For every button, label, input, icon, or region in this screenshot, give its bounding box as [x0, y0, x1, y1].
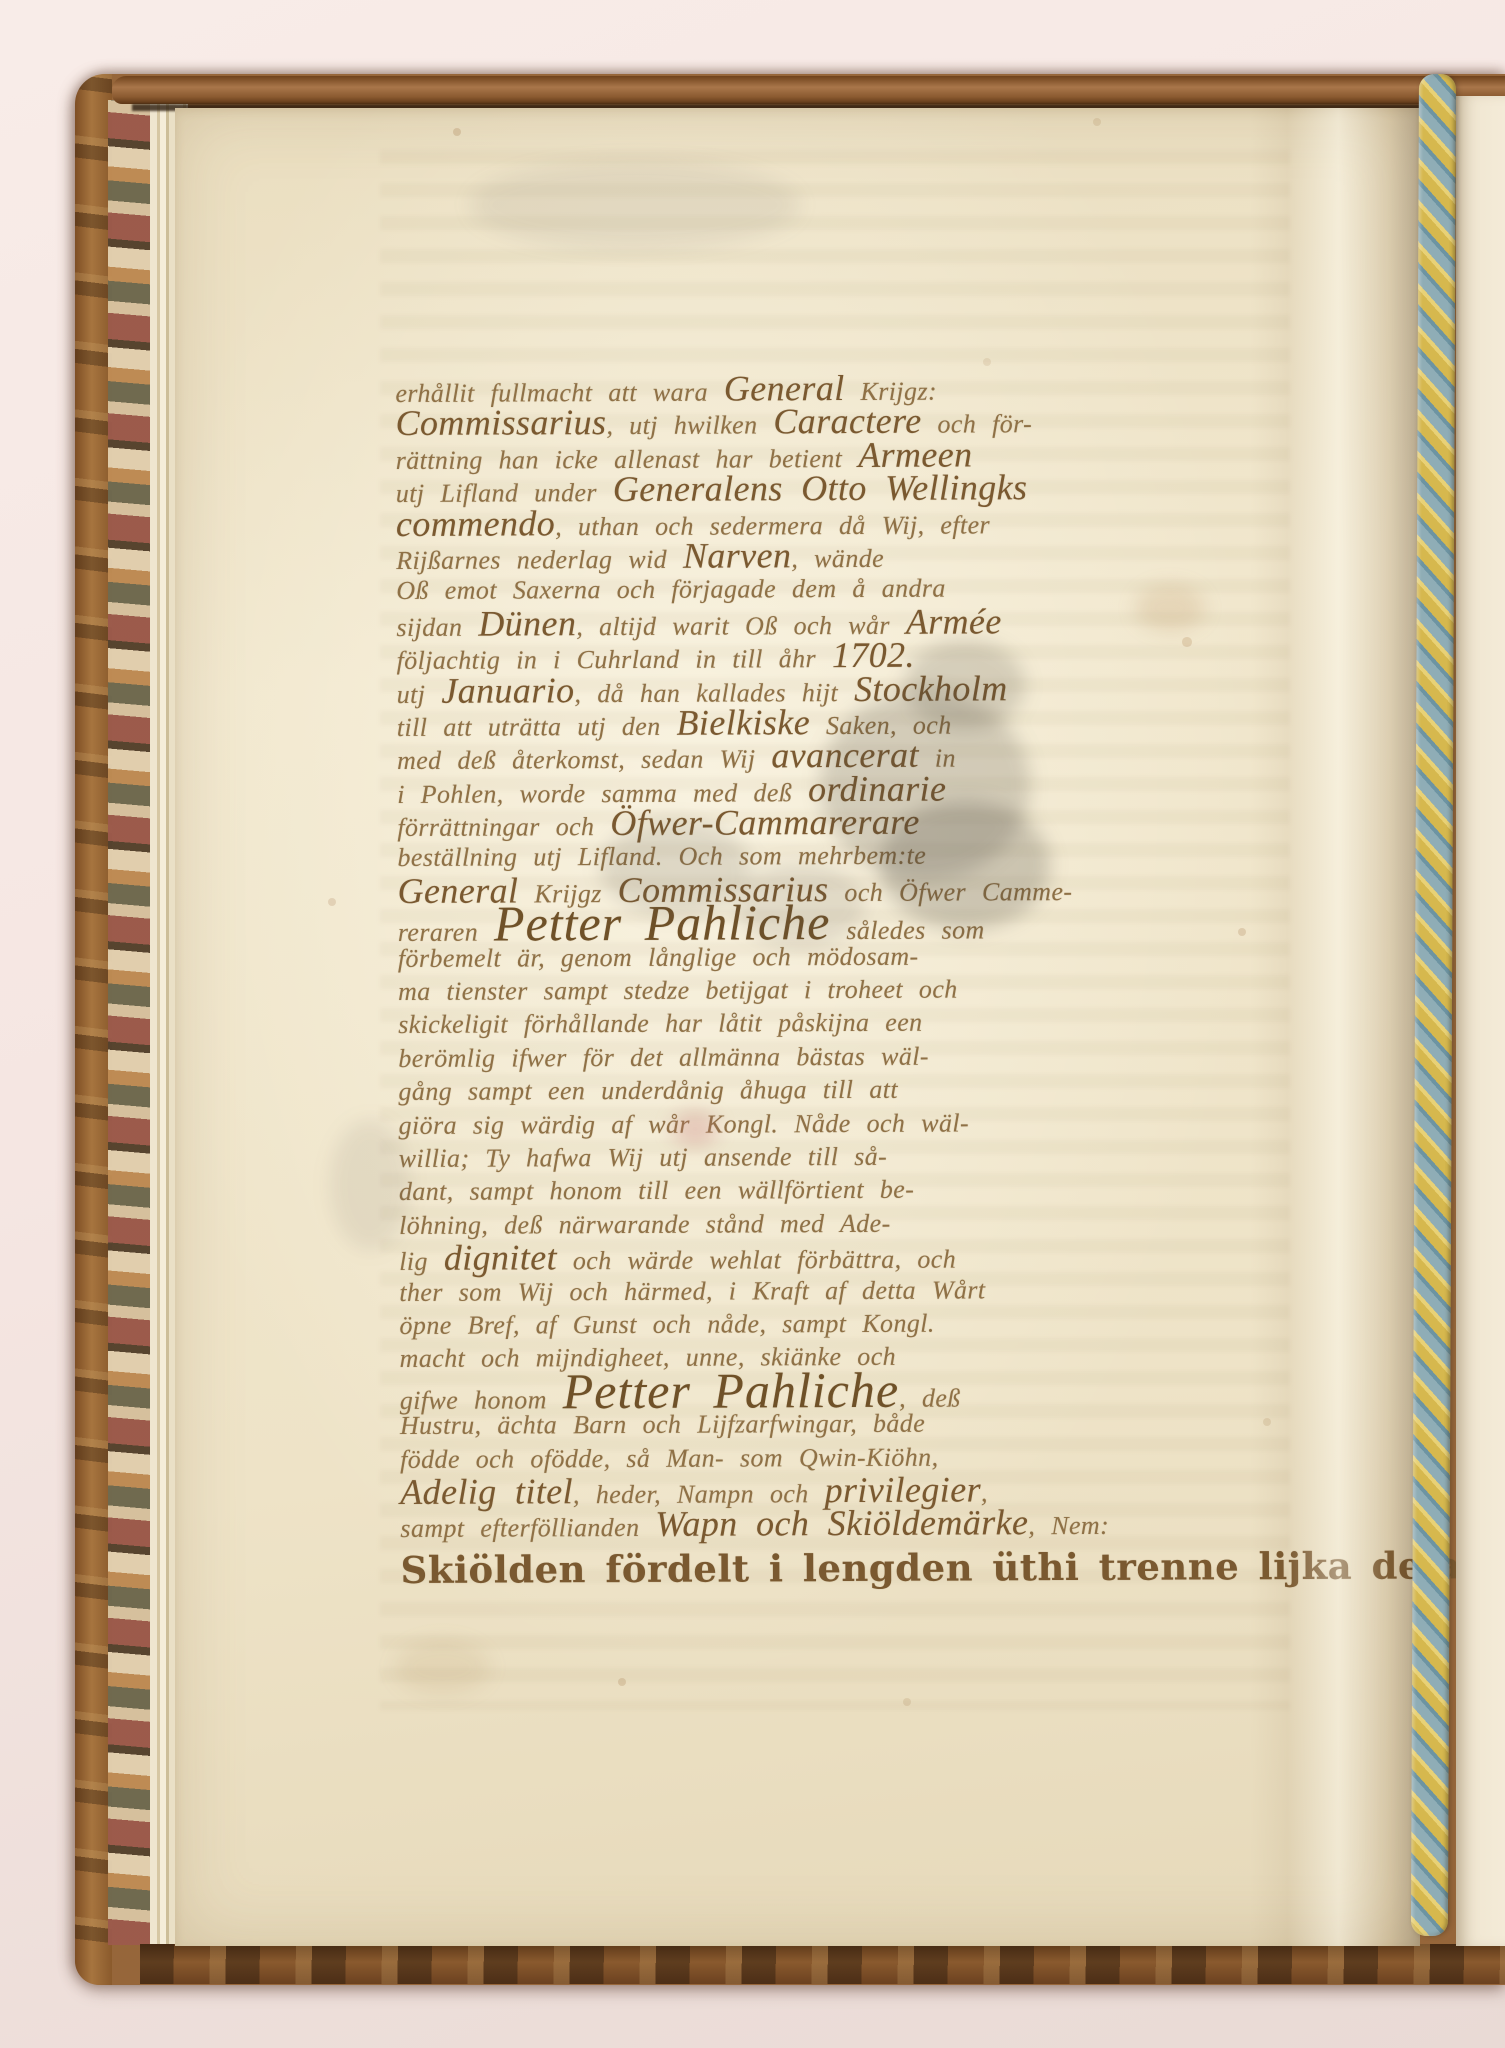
manuscript-line: dant, sampt honom till een wällförtient … — [399, 1171, 1299, 1208]
manuscript-word-run: , wände — [791, 544, 884, 573]
calligraphic-word: commendo — [396, 503, 555, 544]
manuscript-line: Oß emot Saxerna och förjagade dem å andr… — [396, 570, 1296, 607]
book-top-edge — [112, 76, 1505, 104]
calligraphic-word: Armée — [906, 601, 1002, 641]
calligraphic-word: Januario — [441, 670, 574, 711]
manuscript-word-run: lig — [399, 1247, 444, 1276]
manuscript-word-run: Rijßarnes nederlag wid — [396, 545, 683, 575]
manuscript-line: Rijßarnes nederlag wid Narven, wände — [396, 537, 1296, 574]
manuscript-line: sampt efterföllianden Wapn och Skiöldemä… — [400, 1505, 1300, 1542]
manuscript-word-run: beställning utj Lifland. Och som mehrbem… — [397, 841, 926, 872]
calligraphic-word: Commissarius — [395, 402, 606, 443]
manuscript-word-run: till att uträtta utj den — [397, 712, 677, 742]
manuscript-line: willia; Ty hafwa Wij utj ansende till så… — [399, 1138, 1299, 1175]
manuscript-line: löhning, deß närwarande stånd med Ade- — [399, 1205, 1299, 1242]
manuscript-word-run: willia; Ty hafwa Wij utj ansende till så… — [399, 1142, 888, 1173]
manuscript-line: Hustru, ächta Barn och Lijfzarfwingar, b… — [400, 1405, 1300, 1442]
manuscript-word-run: , utj hwilken — [606, 411, 773, 441]
manuscript-word-run: och Öfwer Camme- — [828, 877, 1072, 907]
manuscript-word-run: löhning, deß närwarande stånd med Ade- — [399, 1209, 891, 1240]
scan-background: { "scan": { "background_color": "#f5e6e2… — [0, 0, 1505, 2048]
marbled-endpaper-strip — [108, 100, 152, 1945]
manuscript-line: berömlig ifwer för det allmänna bästas w… — [398, 1038, 1298, 1075]
manuscript-line: skickeligit förhållande har låtit påskij… — [398, 1004, 1298, 1041]
manuscript-line: beställning utj Lifland. Och som mehrbem… — [397, 838, 1297, 875]
book-cover-left-edge — [75, 74, 112, 1985]
leather-wear-texture — [75, 74, 112, 1985]
calligraphic-word: Öfwer-Cammarerare — [610, 802, 920, 843]
calligraphic-word: Wapn och Skiöldemärke — [655, 1502, 1028, 1544]
manuscript-word-run: förrättningar och — [397, 812, 610, 842]
calligraphic-word: Stockholm — [854, 668, 1008, 709]
calligraphic-word: Dünen — [478, 603, 576, 643]
manuscript-word-run: födde och ofödde, så Man- som Qwin-Kiöhn… — [400, 1442, 938, 1473]
calligraphic-word: dignitet — [444, 1237, 557, 1277]
manuscript-word-run: berömlig ifwer för det allmänna bästas w… — [398, 1041, 929, 1072]
manuscript-word-run: med deß återkomst, sedan Wij — [397, 745, 771, 776]
manuscript-line: gifwe honom Petter Pahliche, deß — [400, 1372, 1300, 1409]
manuscript-word-run: giöra sig wärdig af wår Kongl. Nåde och … — [399, 1108, 970, 1139]
manuscript-line: följachtig in i Cuhrland in till åhr 170… — [397, 637, 1297, 674]
manuscript-word-run: Hustru, ächta Barn och Lijfzarfwingar, b… — [400, 1409, 925, 1440]
manuscript-line: öpne Bref, af Gunst och nåde, sampt Kong… — [399, 1305, 1299, 1342]
manuscript-line: ther som Wij och härmed, i Kraft af dett… — [399, 1272, 1299, 1309]
manuscript-word-run: , Nem: — [1028, 1511, 1109, 1540]
manuscript-line: lig dignitet och wärde wehlat förbättra,… — [399, 1238, 1299, 1275]
manuscript-word-run: gång sampt een underdånig åhuga till att — [398, 1075, 898, 1106]
manuscript-word-run: och wärde wehlat förbättra, och — [557, 1245, 956, 1276]
calligraphic-word: Generalens Otto Wellingks — [613, 467, 1028, 509]
manuscript-line: commendo, uthan och sedermera då Wij, ef… — [396, 504, 1296, 541]
manuscript-word-run: Oß emot Saxerna och förjagade dem å andr… — [396, 574, 946, 605]
manuscript-line: reraren Petter Pahliche således som — [398, 904, 1298, 941]
leather-wear-texture — [140, 1944, 1505, 1984]
manuscript-line: förrättningar och Öfwer-Cammarerare — [397, 804, 1297, 841]
manuscript-word-run: ma tienster sampt stedze betijgat i troh… — [398, 975, 958, 1006]
manuscript-line: förbemelt är, genom långlige och mödosam… — [398, 938, 1298, 975]
manuscript-word-run: sijdan — [396, 612, 478, 641]
manuscript-line: utj Januario, då han kallades hijt Stock… — [397, 671, 1297, 708]
manuscript-line: ma tienster sampt stedze betijgat i troh… — [398, 971, 1298, 1008]
manuscript-word-run: utj — [397, 679, 442, 708]
manuscript-word-run: ther som Wij och härmed, i Kraft af dett… — [399, 1275, 985, 1307]
manuscript-text: erhållit fullmacht att wara General Krij… — [395, 370, 1300, 1593]
manuscript-line: Commissarius, utj hwilken Caractere och … — [395, 403, 1295, 440]
manuscript-line: Skiölden fördelt i lengden üthi trenne l… — [400, 1543, 1300, 1593]
book-bottom-edge — [140, 1944, 1505, 1984]
calligraphic-word: Adelig titel — [400, 1471, 573, 1512]
facing-page-edge — [1456, 96, 1505, 1946]
manuscript-line: utj Lifland under Generalens Otto Wellin… — [396, 470, 1296, 507]
manuscript-word-run: sampt efterföllianden — [400, 1513, 655, 1543]
manuscript-word-run: förbemelt är, genom långlige och mödosam… — [398, 941, 919, 972]
manuscript-line: gång sampt een underdånig åhuga till att — [398, 1071, 1298, 1108]
manuscript-word-run: öpne Bref, af Gunst och nåde, sampt Kong… — [399, 1309, 934, 1340]
manuscript-word-run: skickeligit förhållande har låtit påskij… — [398, 1008, 922, 1039]
manuscript-word-run: dant, sampt honom till een wällförtient … — [399, 1175, 914, 1206]
manuscript-line: giöra sig wärdig af wår Kongl. Nåde och … — [399, 1105, 1299, 1142]
calligraphic-word: Narven — [683, 535, 792, 575]
foxing-specks — [0, 0, 4, 4]
binding-gutter-shadow — [1250, 108, 1420, 1946]
